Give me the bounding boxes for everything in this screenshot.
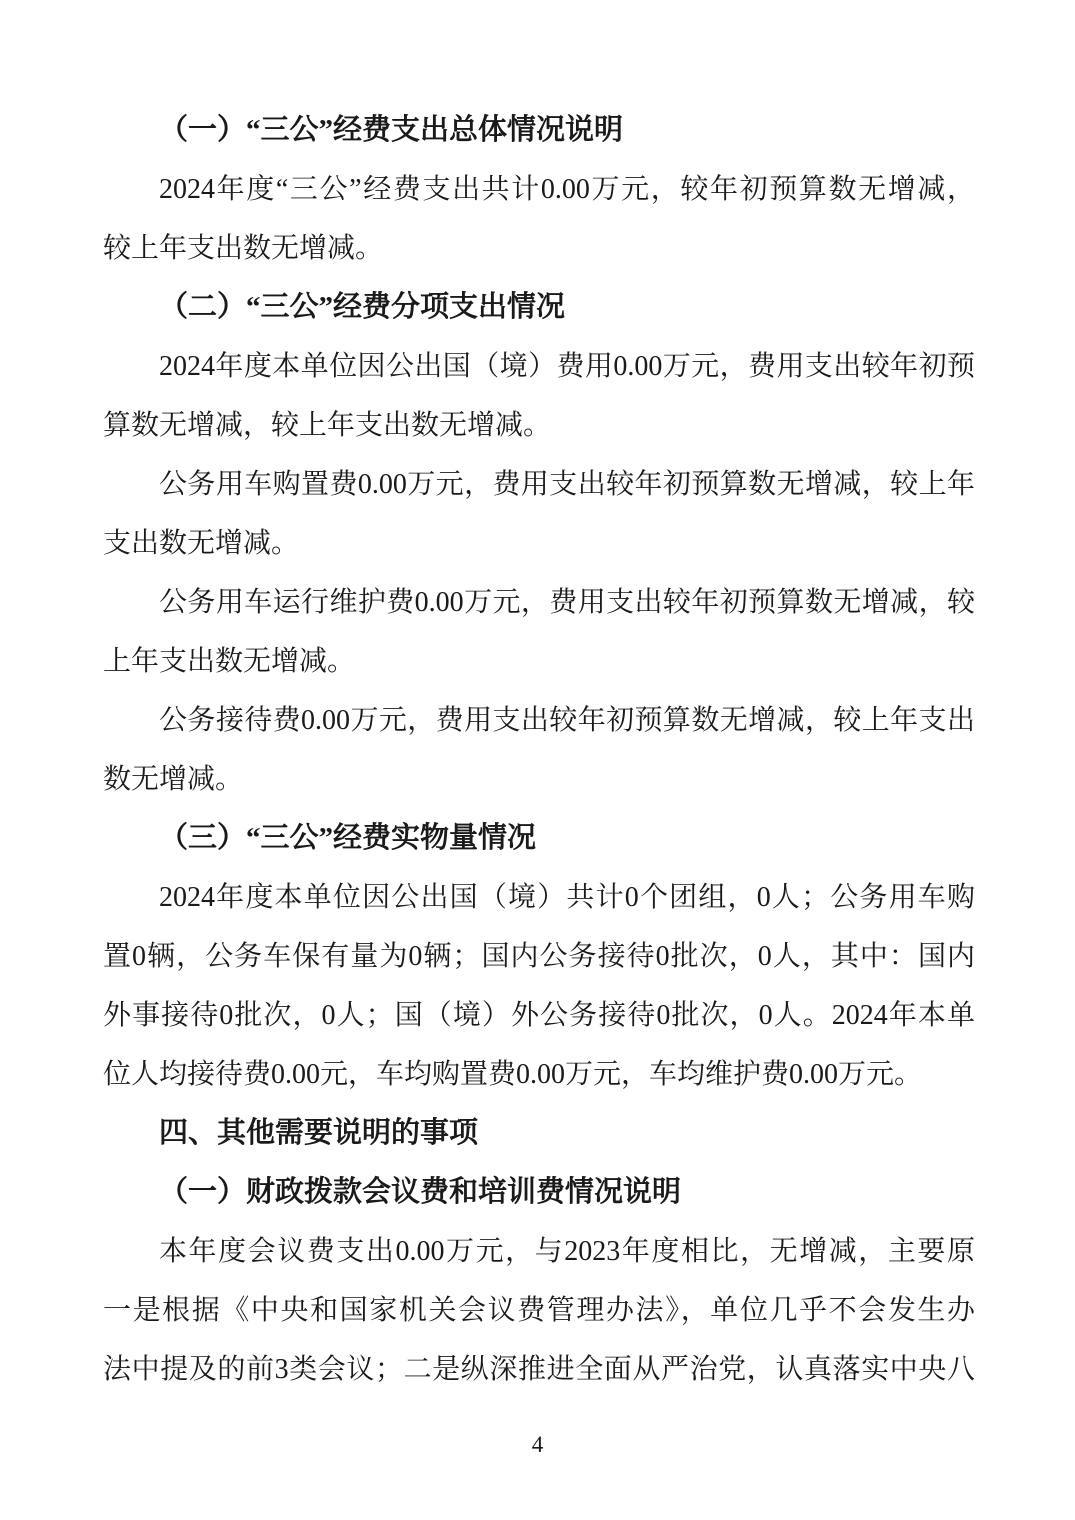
paragraph-line: 公务接待费0.00万元，费用支出较年初预算数无增减，较上年支出 bbox=[103, 691, 975, 750]
heading-other-matters: 四、其他需要说明的事项 bbox=[103, 1104, 975, 1163]
paragraph-line: 法中提及的前3类会议；二是纵深推进全面从严治党，认真落实中央八 bbox=[103, 1340, 975, 1399]
paragraph-line: 算数无增减，较上年支出数无增减。 bbox=[103, 396, 975, 455]
heading-three-public-overall: （一）“三公”经费支出总体情况说明 bbox=[103, 101, 975, 160]
document-body: （一）“三公”经费支出总体情况说明 2024年度“三公”经费支出共计0.00万元… bbox=[103, 101, 975, 1399]
paragraph-line: 置0辆，公务车保有量为0辆；国内公务接待0批次，0人，其中：国内 bbox=[103, 927, 975, 986]
paragraph-line: 本年度会议费支出0.00万元，与2023年度相比，无增减，主要原因： bbox=[103, 1222, 975, 1281]
paragraph-line: 外事接待0批次，0人；国（境）外公务接待0批次，0人。2024年本单 bbox=[103, 986, 975, 1045]
paragraph-line: 位人均接待费0.00元，车均购置费0.00万元，车均维护费0.00万元。 bbox=[103, 1045, 975, 1104]
paragraph-line: 2024年度“三公”经费支出共计0.00万元，较年初预算数无增减， bbox=[103, 160, 975, 219]
paragraph-line: 数无增减。 bbox=[103, 750, 975, 809]
paragraph-line: 公务用车运行维护费0.00万元，费用支出较年初预算数无增减，较 bbox=[103, 573, 975, 632]
paragraph-line: 一是根据《中央和国家机关会议费管理办法》，单位几乎不会发生办 bbox=[103, 1281, 975, 1340]
paragraph-line: 较上年支出数无增减。 bbox=[103, 219, 975, 278]
heading-three-public-physical: （三）“三公”经费实物量情况 bbox=[103, 809, 975, 868]
paragraph-line: 支出数无增减。 bbox=[103, 514, 975, 573]
heading-meeting-training-fees: （一）财政拨款会议费和培训费情况说明 bbox=[103, 1163, 975, 1222]
paragraph-line: 公务用车购置费0.00万元，费用支出较年初预算数无增减，较上年 bbox=[103, 455, 975, 514]
heading-three-public-itemized: （二）“三公”经费分项支出情况 bbox=[103, 278, 975, 337]
paragraph-line: 2024年度本单位因公出国（境）费用0.00万元，费用支出较年初预 bbox=[103, 337, 975, 396]
paragraph-line: 2024年度本单位因公出国（境）共计0个团组，0人；公务用车购 bbox=[103, 868, 975, 927]
paragraph-line: 上年支出数无增减。 bbox=[103, 632, 975, 691]
document-page: （一）“三公”经费支出总体情况说明 2024年度“三公”经费支出共计0.00万元… bbox=[0, 0, 1075, 1520]
page-number: 4 bbox=[0, 1432, 1075, 1458]
